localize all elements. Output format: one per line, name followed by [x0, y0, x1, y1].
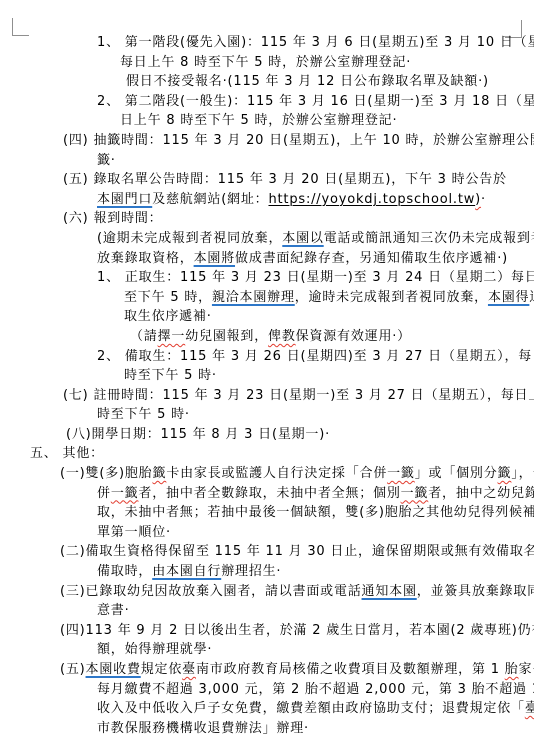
text-line: 時至下午 5 時·	[0, 366, 534, 386]
text-segment: 本園收費	[86, 662, 141, 677]
text-segment: (五) 錄取名單公告時間：115 年 3 月 20 日(星期五)，下午 3 時公…	[63, 172, 507, 187]
spellcheck-flagged-text: 一籤	[111, 486, 139, 501]
text-segment: 本園門口	[97, 192, 152, 207]
text-segment: ，逾時未完成報到者視同放棄，	[295, 290, 488, 305]
text-line: (六) 報到時間：	[0, 209, 534, 229]
text-segment: 規定依	[141, 662, 182, 677]
text-segment: 本園得	[488, 290, 529, 305]
text-segment: (逾期未完成報到者視同放棄，	[97, 231, 282, 246]
text-line: 至下午 5 時，親洽本園辦理，逾時未完成報到者視同放棄，本園得通知備	[0, 288, 534, 308]
text-segment: 單第一順位·	[97, 525, 171, 540]
text-line: 1、 第一階段(優先入園)：115 年 3 月 6 日(星期五)至 3 月 10…	[0, 33, 534, 53]
text-segment: 意書·	[97, 603, 130, 618]
text-segment: 由本園自行	[152, 564, 221, 579]
text-segment: 1、 第一階段(優先入園)：115 年 3 月 6 日(星期五)至 3 月 10…	[97, 35, 534, 50]
spellcheck-flagged-text: 俾教	[268, 329, 296, 344]
text-line: (逾期未完成報到者視同放棄，本園以電話或簡訊通知三次仍未完成報到者，視同	[0, 229, 534, 249]
text-segment: 至下午 5 時，	[124, 290, 212, 305]
text-segment: 併	[97, 486, 111, 501]
text-line: 每日上午 8 時至下午 5 時，於辦公室辦理登記·	[0, 53, 534, 73]
text-segment: 保資源有效運用·）	[296, 329, 411, 344]
text-line: (四)113 年 9 月 2 日以後出生者，於滿 2 歲生日當月，若本園(2 歲…	[0, 621, 534, 641]
text-segment: (五)	[60, 662, 86, 677]
text-segment: 1、 正取生：115 年 3 月 23 日(星期一)至 3 月 24 日（星期二…	[97, 270, 534, 285]
spellcheck-flagged-text: 一籤	[387, 466, 415, 481]
text-line: 時至下午 5 時·	[0, 405, 534, 425]
text-segment: 備取時，	[97, 564, 152, 579]
text-line: (一)雙(多)胞胎籤卡由家長或監護人自行決定採「合併一籤」或「個別分籤」，合	[0, 464, 534, 484]
text-line: 市教保服務機構收退費辦法」辦理·	[0, 719, 534, 737]
text-line: 2、 第二階段(一般生)：115 年 3 月 16 日(星期一)至 3 月 18…	[0, 92, 534, 112]
text-line: 額，始得辦理就學·	[0, 640, 534, 660]
text-segment: 時至下午 5 時·	[97, 407, 190, 422]
text-line: 籤·	[0, 151, 534, 171]
text-segment: 電話或簡訊通知三次仍未完成報到者，視同	[324, 231, 534, 246]
text-segment: (八)開學日期：115 年 8 月 3 日(星期一)·	[66, 427, 330, 442]
spellcheck-flagged-text: 擇一	[158, 329, 186, 344]
text-line: 備取時，由本園自行辦理招生·	[0, 562, 534, 582]
spellcheck-flagged-text: 籤	[153, 466, 167, 481]
text-segment: 及慈航網站(網址：	[152, 192, 268, 207]
text-segment: ，並簽具放棄錄取同	[417, 584, 534, 599]
text-line: 放棄錄取資格，本園將做成書面紀錄存查，另通知備取生依序遞補·)	[0, 249, 534, 269]
text-segment: 本園以	[282, 231, 323, 246]
text-line: 取，未抽中者無；若抽中最後一個缺額，雙(多)胞胎之其他幼兒得列候補名	[0, 503, 534, 523]
text-segment: 取生依序遞補·	[124, 309, 212, 324]
text-segment: 」或「個別分	[415, 466, 498, 481]
text-segment: 本園將	[194, 251, 235, 266]
text-segment: 假日不接受報名·(115 年 3 月 12 日公布錄取名單及缺額·)	[126, 74, 489, 89]
text-line: （請擇一幼兒園報到，俾教保資源有效運用·）	[0, 327, 534, 347]
text-line: 單第一順位·	[0, 523, 534, 543]
spellcheck-flagged-text: 胎	[505, 662, 519, 677]
text-line: (五) 錄取名單公告時間：115 年 3 月 20 日(星期五)，下午 3 時公…	[0, 170, 534, 190]
text-line: (四) 抽籤時間：115 年 3 月 20 日(星期五)，上午 10 時，於辦公…	[0, 131, 534, 151]
text-segment: 每日上午 8 時至下午 5 時，於辦公室辦理登記·	[120, 55, 411, 70]
text-line: 假日不接受報名·(115 年 3 月 12 日公布錄取名單及缺額·)	[0, 72, 534, 92]
text-segment: 市教保服務機構收退費辦法」辦理·	[97, 721, 309, 736]
text-line: 1、 正取生：115 年 3 月 23 日(星期一)至 3 月 24 日（星期二…	[0, 268, 534, 288]
website-link[interactable]: https://yoyokdj.topschool.tw	[268, 192, 475, 207]
text-segment: 每月繳費不超過 3,000 元，第 2 胎不超過 2,000 元，第 3 胎不超…	[97, 682, 534, 697]
text-segment: 五、 其他：	[30, 446, 104, 461]
text-segment: 通知備	[529, 290, 534, 305]
text-segment: (六) 報到時間：	[63, 211, 162, 226]
text-segment: 者，抽中之幼兒錄	[428, 486, 534, 501]
text-line: 意書·	[0, 601, 534, 621]
text-line: (二)備取生資格得保留至 115 年 11 月 30 日止，逾保留期限或無有效備…	[0, 542, 534, 562]
spellcheck-flagged-text: 籤	[498, 466, 512, 481]
text-segment: 」，合	[511, 466, 534, 481]
spellcheck-flagged-text: 臺	[182, 662, 196, 677]
text-segment: 卡由家長或監護人自行決定採「合併	[166, 466, 387, 481]
text-line: (五)本園收費規定依臺南市政府教育局核備之收費項目及數額辦理，第 1 胎家長	[0, 660, 534, 680]
text-segment: 幼兒園報到，	[185, 329, 268, 344]
text-segment: 親洽本園辦理	[212, 290, 295, 305]
text-segment: 額，始得辦理就學·	[97, 642, 212, 657]
text-segment: 南市政府教育局核備之收費項目及數額辦理，第 1	[196, 662, 505, 677]
text-segment: 2、 備取生：115 年 3 月 26 日(星期四)至 3 月 27 日（星期五…	[97, 349, 534, 364]
text-line: (三)已錄取幼兒因故放棄入園者，請以書面或電話通知本園，並簽具放棄錄取同	[0, 582, 534, 602]
text-segment: 家長	[519, 662, 534, 677]
text-line: 併一籤者，抽中者全數錄取，未抽中者全無；個別一籤者，抽中之幼兒錄	[0, 484, 534, 504]
text-segment: (七) 註冊時間：115 年 3 月 23 日(星期一)至 3 月 27 日（星…	[63, 388, 534, 403]
text-segment: (三)已錄取幼兒因故放棄入園者，請以書面或電話	[60, 584, 362, 599]
text-line: 取生依序遞補·	[0, 307, 534, 327]
text-segment: ·	[481, 192, 486, 207]
spellcheck-flagged-text: 一籤	[401, 486, 429, 501]
text-segment: (二)備取生資格得保留至 115 年 11 月 30 日止，逾保留期限或無有效備…	[60, 544, 534, 559]
text-line: 本園門口及慈航網站(網址：https://yoyokdj.topschool.t…	[0, 190, 534, 210]
text-segment: 放棄錄取資格，	[97, 251, 194, 266]
text-line: 收入及中低收入戶子女免費，繳費差額由政府協助支付；退費規定依「臺南	[0, 699, 534, 719]
text-segment: 做成書面紀錄存查，另通知備取生依序遞補·)	[235, 251, 508, 266]
spellcheck-flagged-text: 臺	[525, 701, 534, 716]
text-segment: 2、 第二階段(一般生)：115 年 3 月 16 日(星期一)至 3 月 18…	[97, 94, 534, 109]
text-segment: (四)113 年 9 月 2 日以後出生者，於滿 2 歲生日當月，若本園(2 歲…	[60, 623, 534, 638]
text-segment: 者，抽中者全數錄取，未抽中者全無；個別	[138, 486, 400, 501]
text-line: 每月繳費不超過 3,000 元，第 2 胎不超過 2,000 元，第 3 胎不超…	[0, 680, 534, 700]
text-line: 日上午 8 時至下午 5 時，於辦公室辦理登記·	[0, 111, 534, 131]
text-segment: （請	[130, 329, 158, 344]
text-line: 2、 備取生：115 年 3 月 26 日(星期四)至 3 月 27 日（星期五…	[0, 347, 534, 367]
text-line: 五、 其他：	[0, 444, 534, 464]
text-segment: 籤·	[97, 153, 116, 168]
text-segment: 辦理招生·	[221, 564, 281, 579]
text-segment: 取，未抽中者無；若抽中最後一個缺額，雙(多)胞胎之其他幼兒得列候補名	[97, 505, 534, 520]
document-body: 1、 第一階段(優先入園)：115 年 3 月 6 日(星期五)至 3 月 10…	[0, 33, 534, 737]
text-segment: 時至下午 5 時·	[124, 368, 217, 383]
text-segment: (一)雙(多)胞胎	[60, 466, 153, 481]
text-segment: 日上午 8 時至下午 5 時，於辦公室辦理登記·	[120, 113, 397, 128]
text-segment: (四) 抽籤時間：115 年 3 月 20 日(星期五)，上午 10 時，於辦公…	[63, 133, 534, 148]
text-line: (八)開學日期：115 年 8 月 3 日(星期一)·	[0, 425, 534, 445]
text-segment: 收入及中低收入戶子女免費，繳費差額由政府協助支付；退費規定依「	[97, 701, 525, 716]
text-line: (七) 註冊時間：115 年 3 月 23 日(星期一)至 3 月 27 日（星…	[0, 386, 534, 406]
text-segment: 通知本園	[362, 584, 417, 599]
